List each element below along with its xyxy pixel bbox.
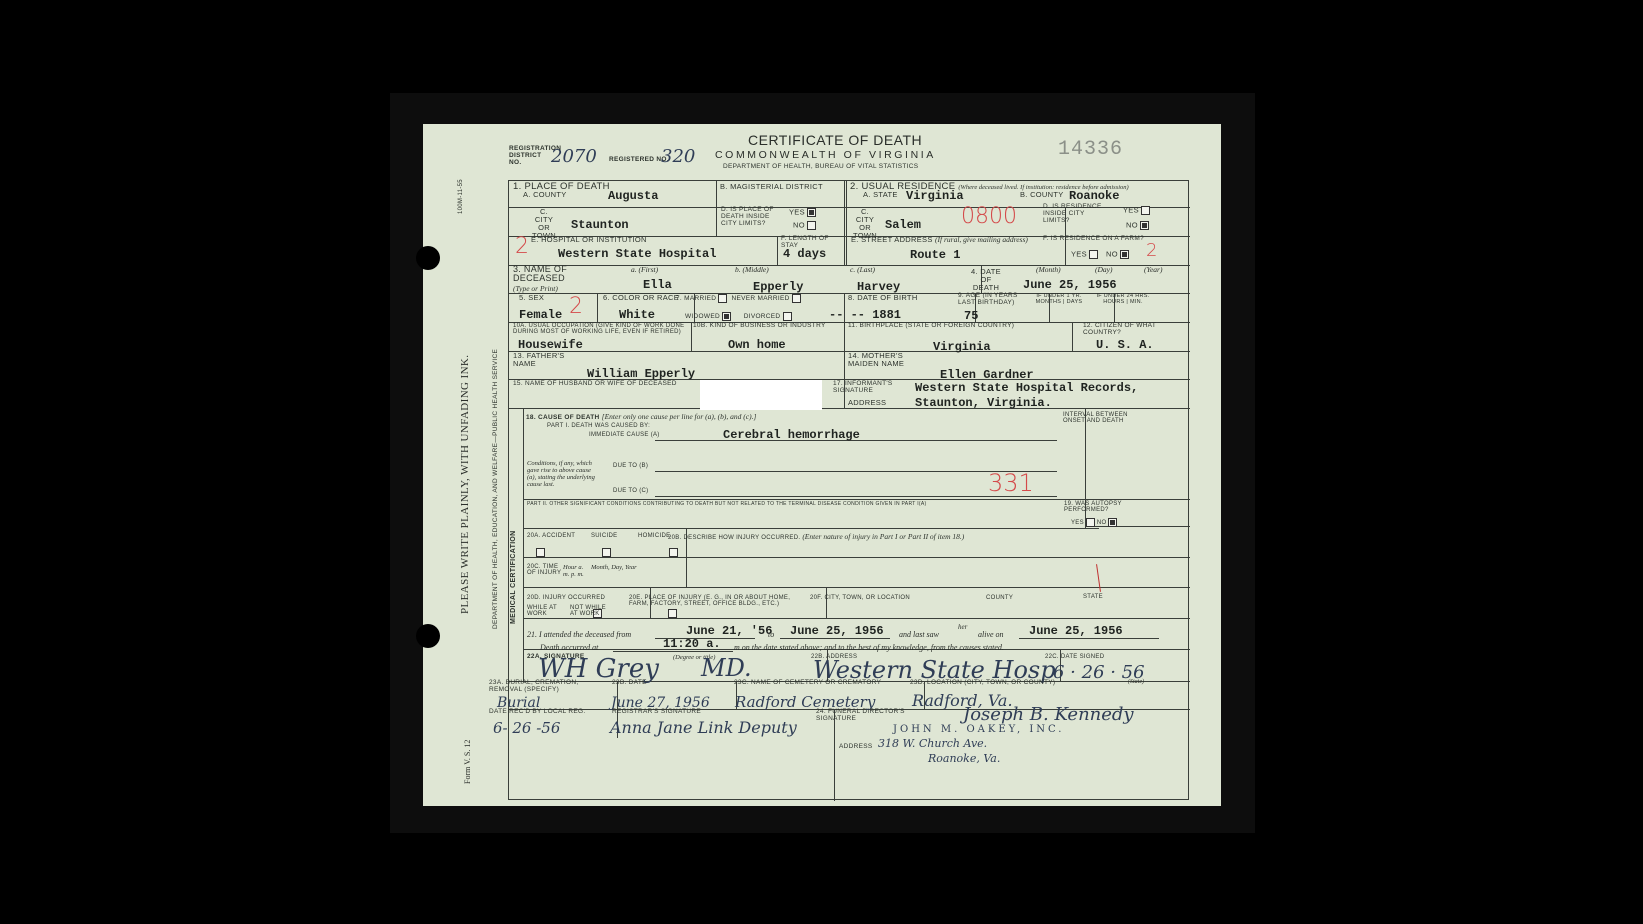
part1-label: Part I. Death was caused by:: [547, 423, 650, 429]
autopsy-label: 19. Was autopsy performed?: [1064, 501, 1134, 514]
homicide-label: Homicide: [638, 533, 670, 539]
birthplace: Virginia: [933, 340, 991, 354]
name-label: 3. Name of Deceased(Type or Print): [513, 265, 583, 293]
certificate-title: Certificate of Death: [748, 132, 922, 148]
part2-label: Part II. Other significant conditions co…: [527, 502, 926, 507]
death-occurred-text: Death occurred at: [540, 643, 598, 652]
due-to-b-label: Due to (b): [613, 463, 648, 469]
death-certificate: 100M-11-55 PLEASE WRITE PLAINLY, WITH UN…: [423, 124, 1221, 806]
registered-label: Registered No.: [609, 157, 669, 164]
residence-state-label: a. State: [863, 191, 898, 199]
widowed-checkbox-checked[interactable]: [722, 312, 731, 321]
form-code: 100M-11-55: [458, 179, 464, 214]
length-of-stay: 4 days: [783, 247, 826, 261]
yes-checkbox[interactable]: [1141, 206, 1150, 215]
not-while-at-work[interactable]: Not while at work: [570, 605, 610, 618]
race: White: [619, 308, 655, 322]
citizen-label: 12. Citizen of what country?: [1083, 323, 1158, 337]
punch-hole-top: [416, 246, 440, 270]
autopsy-options[interactable]: Yes No: [1071, 518, 1117, 527]
widowed-option[interactable]: Widowed Divorced: [685, 312, 792, 321]
certificate-subtitle: Commonwealth of Virginia: [715, 149, 936, 161]
hospital-label: e. Hospital or Institution: [531, 236, 647, 244]
place-of-injury-label: 20e. Place of injury (e. g., in or about…: [629, 595, 804, 608]
date-of-death-label: 4. dateofdeath: [966, 268, 1006, 292]
burial-state-label: (State): [1128, 679, 1144, 685]
age-label: 9. Age (In years last birthday): [958, 293, 1024, 307]
death-occurred-text-2: m on the date stated above; and to the b…: [734, 643, 1004, 652]
mother-name: Ellen Gardner: [940, 368, 1034, 382]
funeral-director-label: 24. Funeral Director's Signature: [816, 709, 916, 723]
injury-state-label: State: [1083, 594, 1103, 600]
immediate-cause-label: Immediate cause (a): [589, 432, 660, 438]
informant-address-label: Address: [848, 399, 886, 407]
punch-hole-bottom: [416, 624, 440, 648]
funeral-address-label: Address: [839, 744, 873, 751]
married-checkbox[interactable]: [718, 294, 727, 303]
time-of-injury-label: 20c. Time of Injury: [527, 564, 567, 577]
suicide-checkbox[interactable]: [602, 548, 611, 557]
form-number: Form V. S. 12: [463, 740, 472, 784]
funeral-firm: JOHN M. OAKEY, INC.: [893, 724, 1065, 735]
physician-degree: MD.: [701, 654, 752, 682]
no-checkbox[interactable]: [807, 221, 816, 230]
injury-county-label: County: [986, 595, 1013, 601]
mother-label: 14. Mother's Maiden Name: [848, 352, 918, 368]
last-name: Harvey: [857, 280, 900, 294]
registration-district-no: 2070: [551, 146, 597, 167]
county-label: a. County: [523, 191, 567, 199]
month-label: (Month): [1036, 265, 1061, 274]
burial-date-label: 23b. Date: [612, 680, 647, 687]
under-1-year-label: If under 1 yr.Months | Days: [1028, 294, 1090, 306]
birth-date-label: 8. Date of Birth: [848, 294, 918, 302]
business-label: 10b. Kind of business or industry: [693, 323, 833, 330]
father-name: William Epperly: [587, 367, 695, 381]
date-received-label: Date rec'd by local reg.: [489, 709, 594, 716]
inside-city-limits-label: d. Is place of death inside city limits?: [721, 207, 785, 227]
accident-checkbox[interactable]: [536, 548, 545, 557]
inside-limits-no[interactable]: No: [793, 221, 816, 230]
date-of-death: June 25, 1956: [1023, 278, 1117, 292]
farm-label: f. Is residence on a farm?: [1043, 236, 1144, 243]
magisterial-district-label: b. Magisterial District: [720, 183, 823, 191]
informant-label: 17. Informant's Signature: [833, 381, 905, 395]
residence-state: Virginia: [906, 189, 964, 203]
registrar-signature: Anna Jane Link Deputy: [610, 718, 797, 737]
married-option[interactable]: 7. Married Never Married: [676, 294, 801, 303]
sex: Female: [519, 308, 562, 322]
interval-label: Interval between onset and death: [1063, 412, 1143, 425]
registrar-signature-label: Registrar's Signature: [612, 709, 701, 716]
attended-text: 21. I attended the deceased from: [527, 630, 631, 639]
immediate-cause: Cerebral hemorrhage: [723, 428, 860, 442]
business: Own home: [728, 338, 786, 352]
funeral-address-line1: 318 W. Church Ave.: [878, 737, 987, 750]
residence-limits-yes[interactable]: Yes: [1123, 206, 1150, 215]
citizen: U. S. A.: [1096, 338, 1154, 352]
first-name-label: a. (First): [631, 265, 658, 274]
father-label: 13. Father's Name: [513, 352, 568, 368]
birthplace-label: 11. Birthplace (State or foreign country…: [848, 323, 1014, 330]
describe-injury-label: 20b. Describe how injury occurred. (Ente…: [668, 533, 964, 541]
no-checkbox-checked[interactable]: [1140, 221, 1149, 230]
death-city: Staunton: [571, 218, 629, 232]
burial-type-label: 23a. Burial, cremation, removal (Specify…: [489, 680, 597, 694]
injury-city-label: 20f. City, town, or location: [810, 595, 910, 601]
residence-city: Salem: [885, 218, 921, 232]
under-24-hours-label: If under 24 hrs.Hours | Min.: [1093, 294, 1153, 306]
homicide-checkbox[interactable]: [669, 548, 678, 557]
middle-name: Epperly: [753, 280, 803, 294]
age: 75: [964, 309, 978, 323]
alive-on-text: alive on: [978, 630, 1004, 639]
accident-label: 20a. Accident: [527, 533, 575, 539]
birth-date: -- -- 1881: [829, 308, 901, 322]
residence-city-code: 0800: [961, 204, 1017, 229]
farm-no[interactable]: NO: [1106, 250, 1129, 259]
hospital-name: Western State Hospital: [558, 247, 716, 261]
suicide-label: Suicide: [591, 533, 617, 539]
date-received: 6- 26 -56: [493, 719, 560, 737]
farm-yes-checkbox[interactable]: [1089, 250, 1098, 259]
ink-instruction: PLEASE WRITE PLAINLY, WITH UNFADING INK.: [459, 355, 471, 614]
pronoun: her: [958, 623, 967, 631]
department-line: Department of Health, Bureau of Vital St…: [723, 164, 918, 171]
middle-name-label: b. (Middle): [735, 265, 769, 274]
hospital-code: 2: [515, 234, 529, 259]
residence-limits-no[interactable]: No: [1126, 221, 1149, 230]
registration-label: Registration District No.: [509, 146, 549, 166]
death-county: Augusta: [608, 189, 658, 203]
registered-no: 320: [661, 146, 695, 167]
autopsy-yes-checkbox[interactable]: [1086, 518, 1095, 527]
informant: Western State Hospital Records,: [915, 381, 1138, 395]
mdy-label: Month, Day, Year: [591, 564, 637, 571]
sex-label: 5. Sex: [519, 294, 544, 302]
day-label: (Day): [1095, 265, 1113, 274]
occupation: Housewife: [518, 338, 583, 352]
sex-code: 2: [569, 294, 583, 319]
race-label: 6. Color or Race: [603, 294, 679, 302]
injury-occurred-label: 20d. Injury occurred: [527, 595, 605, 601]
while-at-work[interactable]: While at work: [527, 605, 557, 618]
residence-street: Route 1: [910, 248, 960, 262]
attended-from: June 21, '56: [686, 624, 772, 638]
street-label: e. Street Address (If rural, give mailin…: [851, 236, 1028, 244]
agency-line: DEPARTMENT OF HEALTH, EDUCATION, AND WEL…: [493, 349, 500, 629]
farm-no-checkbox-checked[interactable]: [1120, 250, 1129, 259]
redacted-spouse-name: [700, 380, 822, 410]
residence-county: Roanoke: [1069, 189, 1119, 203]
residence-inside-limits-label: d. Is residence inside city limits?: [1043, 204, 1105, 224]
date-signed-label: 22c. Date Signed: [1045, 654, 1104, 660]
alive-date: June 25, 1956: [1029, 624, 1123, 638]
cause-code: 331: [988, 469, 1034, 497]
yes-checkbox-checked[interactable]: [807, 208, 816, 217]
occupation-label: 10a. Usual Occupation (Give kind of work…: [513, 323, 688, 336]
farm-yes[interactable]: YES: [1071, 250, 1098, 259]
attended-to: June 25, 1956: [790, 624, 884, 638]
informant-address: Staunton, Virginia.: [915, 396, 1052, 410]
cemetery-label: 23c. Name of cemetery or crematory: [734, 680, 881, 687]
residence-county-label: b. County: [1020, 191, 1064, 199]
conditions-note: Conditions, if any, which gave rise to a…: [527, 460, 599, 489]
due-to-c-label: Due to (c): [613, 488, 648, 494]
divorced-checkbox[interactable]: [783, 312, 792, 321]
not-while-at-work-checkbox[interactable]: [668, 609, 677, 618]
funeral-director-signature: Joseph B. Kennedy: [963, 704, 1134, 725]
last-name-label: c. (Last): [850, 265, 875, 274]
hour-label: Hour a. m. p. m.: [563, 564, 587, 578]
spouse-label: 15. Name of husband or wife of deceased: [513, 381, 677, 388]
to-label: to: [768, 630, 774, 639]
death-time: 11:20 a.: [663, 637, 721, 651]
cause-of-death-label: 18. Cause of Death [Enter only one cause…: [526, 413, 756, 422]
farm-code: 2: [1146, 240, 1157, 261]
location-label: 23d. Location (City, town, or county): [910, 680, 1055, 687]
year-label: (Year): [1144, 265, 1162, 274]
inside-limits-yes[interactable]: Yes: [789, 208, 816, 217]
certificate-number: 14336: [1058, 138, 1123, 161]
funeral-address-line2: Roanoke, Va.: [928, 752, 1000, 765]
autopsy-no-checkbox-checked[interactable]: [1108, 518, 1117, 527]
last-saw-text: and last saw: [899, 630, 939, 639]
never-married-checkbox[interactable]: [792, 294, 801, 303]
first-name: Ella: [643, 278, 672, 292]
